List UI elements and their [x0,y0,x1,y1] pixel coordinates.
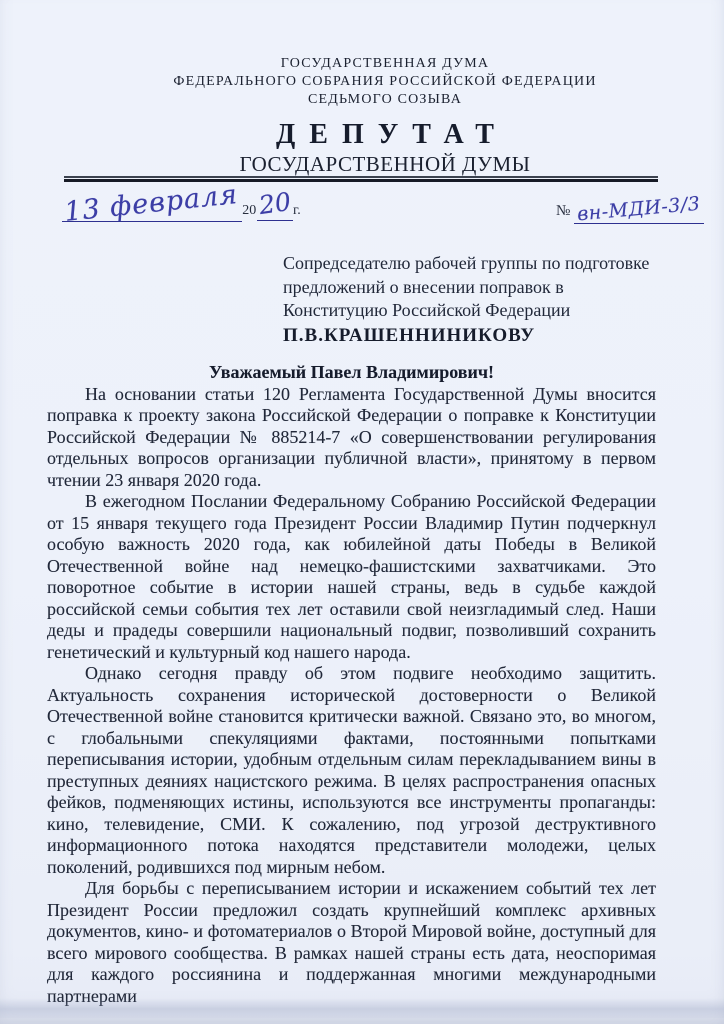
addressee-name: П.В.КРАШЕННИНИКОВУ [283,324,673,348]
printed-century: 20 [242,203,256,218]
handwritten-number: вн-МДИ-3/3 [577,193,702,226]
number-sign: № [556,203,570,219]
letterhead: ГОСУДАРСТВЕННАЯ ДУМА ФЕДЕРАЛЬНОГО СОБРАН… [60,55,710,177]
letter-body: Уважаемый Павел Владимирович! На основан… [47,362,656,1007]
scanned-letter-page: ГОСУДАРСТВЕННАЯ ДУМА ФЕДЕРАЛЬНОГО СОБРАН… [0,0,724,1024]
handwritten-date: 13 февраля [63,179,240,228]
divider-thick-line [64,179,658,182]
letterhead-divider [64,176,658,182]
paragraph-1: На основании статьи 120 Регламента Госуд… [47,384,656,492]
date-line: 13 февраля2020г. [62,188,301,222]
letterhead-org-line3: СЕДЬМОГО СОЗЫВА [60,91,710,109]
paragraph-3: Однако сегодня правду об этом подвиге не… [47,663,656,878]
year-underline: 20 [257,189,293,221]
number-underline: вн-МДИ-3/3 [574,198,703,224]
scan-bottom-shadow [0,998,724,1018]
addressee-block: Сопредседателю рабочей группы по подгото… [283,252,673,347]
paragraph-4: Для борьбы с переписыванием истории и ис… [47,878,656,1007]
letterhead-title: ДЕПУТАТ [60,120,710,150]
printed-year-suffix: г. [293,203,301,218]
document-number-line: № вн-МДИ-3/3 [556,198,704,224]
letterhead-org-line1: ГОСУДАРСТВЕННАЯ ДУМА [60,55,710,73]
date-underline: 13 февраля [62,188,242,222]
addressee-line3: Конституцию Российской Федерации [283,299,673,323]
letterhead-org-line2: ФЕДЕРАЛЬНОГО СОБРАНИЯ РОССИЙСКОЙ ФЕДЕРАЦ… [60,73,710,91]
addressee-line1: Сопредседателю рабочей группы по подгото… [283,252,673,276]
handwritten-year: 20 [257,187,293,220]
paragraph-2: В ежегодном Послании Федеральному Собран… [47,491,656,663]
letterhead-subtitle: ГОСУДАРСТВЕННОЙ ДУМЫ [60,151,710,177]
addressee-line2: предложений о внесении поправок в [283,276,673,300]
salutation: Уважаемый Павел Владимирович! [47,362,656,384]
